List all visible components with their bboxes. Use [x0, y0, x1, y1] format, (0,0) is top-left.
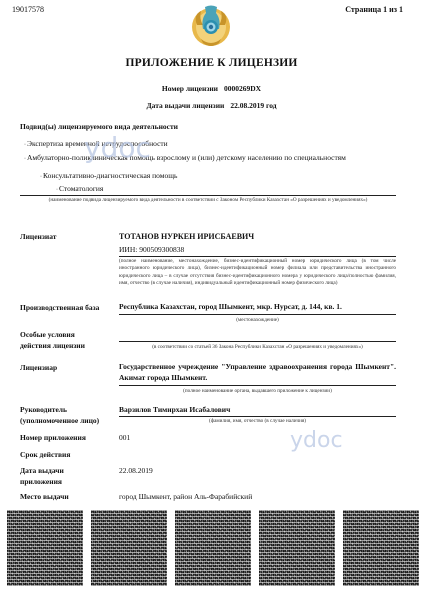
production-base-caption: (местонахождение): [119, 317, 396, 323]
licensee-iin: ИИН: 900509300838: [119, 245, 184, 254]
licensor-label: Лицензиар: [20, 362, 57, 373]
head-value: Варзилов Тимирхан Исабалович: [119, 405, 230, 414]
qr-code-icon: [7, 510, 83, 586]
subtype-item: ·Амбулаторно-поликлиническая помощь взро…: [24, 153, 346, 162]
document-number: 19017578: [12, 5, 44, 14]
special-conditions-caption: (в соответствии со статьей 36 Закона Рес…: [119, 344, 396, 350]
licensor-caption: (полное наименование органа, выдавшего п…: [119, 388, 396, 394]
head-caption: (фамилия, имя, отчество (в случае наличи…: [119, 418, 396, 424]
license-date-label: Дата выдачи лицензии: [146, 101, 224, 110]
qr-code-icon: [175, 510, 251, 586]
license-date-row: Дата выдачи лицензии22.08.2019 год: [0, 101, 423, 110]
production-base-label: Производственная база: [20, 302, 99, 313]
divider: [119, 256, 396, 257]
production-base-value: Республика Казахстан, город Шымкент, мкр…: [119, 302, 342, 311]
licensee-caption: (полное наименование, местонахождение, б…: [119, 258, 396, 288]
divider: [119, 385, 396, 386]
special-conditions-line: [119, 341, 396, 342]
licensee-name: ТОТАНОВ НУРКЕН ИРИСБАЕВИЧ: [119, 232, 254, 241]
qr-code-icon: [259, 510, 335, 586]
licensor-value: Государственное учреждение "Управление з…: [119, 362, 396, 383]
issue-place-value: город Шымкент, район Аль-Фарабийский: [119, 492, 252, 501]
appendix-date-value: 22.08.2019: [119, 466, 153, 475]
page-title: ПРИЛОЖЕНИЕ К ЛИЦЕНЗИИ: [0, 57, 423, 69]
watermark: ydoc: [84, 131, 151, 164]
validity-label: Срок действия: [20, 449, 70, 460]
page-info: Страница 1 из 1: [345, 5, 403, 14]
subtype-item: ·Стоматология: [56, 184, 103, 193]
qr-code-icon: [91, 510, 167, 586]
subtype-item: ·Консультативно-диагностическая помощь: [40, 171, 177, 180]
divider: [119, 314, 396, 315]
head-label: Руководитель (уполномоченное лицо): [20, 404, 99, 426]
watermark: ydoc: [290, 428, 343, 453]
licensee-label: Лицензиат: [20, 231, 56, 242]
license-number-row: Номер лицензии0000269DX: [0, 84, 423, 93]
license-number-label: Номер лицензии: [162, 84, 218, 93]
subtypes-caption: (наименование подвида лицензируемого вид…: [20, 197, 396, 204]
subtypes-title: Подвид(ы) лицензируемого вида деятельнос…: [20, 122, 178, 131]
state-emblem-icon: [189, 3, 233, 49]
divider: [20, 195, 396, 196]
appendix-number-label: Номер приложения: [20, 432, 86, 443]
appendix-date-label: Дата выдачи приложения: [20, 465, 64, 487]
issue-place-label: Место выдачи: [20, 491, 69, 502]
license-number-value: 0000269DX: [224, 84, 261, 93]
qr-code-icon: [343, 510, 419, 586]
license-date-value: 22.08.2019 год: [230, 101, 276, 110]
divider: [119, 416, 396, 417]
special-conditions-label: Особые условия действия лицензии: [20, 329, 85, 351]
appendix-number-value: 001: [119, 433, 130, 442]
